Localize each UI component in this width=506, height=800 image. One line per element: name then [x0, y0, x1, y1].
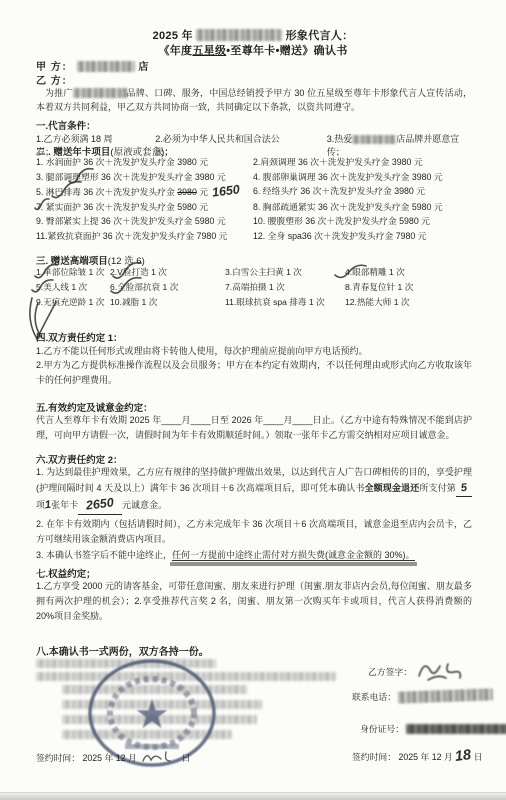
price-unit: 元	[197, 187, 208, 197]
premium-item-5-text: 5.美人线 1 次	[36, 282, 87, 292]
section2-header: 二 . 赠送年卡项目(原液或套盒)；	[36, 144, 174, 158]
premium-item-4-text: 4.眼部精雕 1 次	[345, 267, 405, 277]
phone-row: 联系电话：	[352, 690, 493, 703]
party-b-signature-row: 乙方签字：	[368, 658, 466, 684]
card-item-9: 9. 臀部紧实上提 36 次＋洗发护发头疗金 5980 元	[36, 216, 253, 226]
section7-header: 七.权益约定；	[36, 566, 96, 580]
title2-a: 《年度	[158, 45, 192, 57]
title-suffix: 形象代言人：	[286, 30, 354, 42]
card-item-10: 10. 腰腹塑形 36 次＋洗发护发头疗金 5980 元	[253, 216, 472, 226]
section6-clause3: 3. 本确认书签字后不能中途终止，任何一方提前中途终止需付对方损失费(诚意金金额…	[36, 548, 472, 563]
premium-item-1-text: 1.单部位除皱 1 次	[36, 267, 104, 277]
document-title-line1: 2025 年 形象代言人：	[0, 27, 506, 43]
id-number-row: 身份证号：	[360, 722, 506, 735]
card-item-5: 5. 淋巴排毒 36 次＋洗发护发头疗金 3980 元 1650	[36, 186, 253, 197]
title2-c: •至尊年卡•赠送》确认书	[226, 45, 347, 57]
premium-items: 1.单部位除皱 1 次 2.V脸打造 1 次 3.白雪公主扫黄 1 次 4.眼部…	[36, 267, 472, 307]
section4-clause2: 2.甲方为乙方提供标准操作流程以及会员服务；甲方在本约定有效期内，不以任何理由或…	[36, 358, 472, 388]
section4-header: 四.双方责任约定 1：	[36, 330, 123, 344]
premium-item-4: 4.眼部精雕 1 次	[345, 267, 472, 277]
party-b-signature-label: 乙方签字：	[368, 667, 412, 677]
premium-item-2-text: 2.V脸打造 1 次	[110, 267, 167, 277]
sign-date-right-label: 签约时间：	[352, 752, 396, 762]
card-item-8: 8. 胸部疏通紧实 36 次＋洗发护发头疗金 5980 元	[253, 202, 472, 212]
clause3-prefix: 3. 本确认书签字后不能中途终止，	[36, 550, 172, 560]
section3-header: 三. 赠送高端项目(12 选 6)	[36, 253, 145, 267]
premium-item-9: 9.无痕充逆龄 1 次	[36, 297, 110, 307]
card-item-5-text: 5. 淋巴排毒 36 次＋洗发护发头疗金	[36, 187, 177, 197]
redacted-brand-inline	[73, 88, 127, 98]
section6-clause1: 1. 为达到最佳护理效果，乙方应有规律的坚持做护理做出效果，以达到代言人广告口碑…	[36, 465, 472, 515]
photo-edge	[0, 792, 506, 800]
card-item-1: 1. 水润面护 36 次＋洗发护发头疗金 3980 元	[36, 157, 253, 167]
document-title-line2: 《年度五星级•至尊年卡•赠送》确认书	[0, 42, 506, 58]
section5-header: 五.有效约定及诚意金约定：	[36, 400, 153, 414]
title2-underlined: 五星级	[192, 45, 226, 57]
sign-date-left-value: 2025 年 12 月	[82, 753, 136, 763]
condition-3-prefix: 3.热爱	[327, 134, 353, 144]
premium-item-12: 12.热能大师 1 次	[345, 297, 472, 307]
section7-clause: 1.乙方享受 2000 元的请客基金，可带任意闺蜜、朋友来进行护理（闺蜜.朋友非…	[36, 579, 472, 624]
party-b-line: 乙 方：	[36, 72, 73, 87]
premium-item-2: 2.V脸打造 1 次	[110, 267, 225, 277]
premium-item-10: 10.减脂 1 次	[110, 297, 225, 307]
card-item-2: 2.肩颈调理 36 次＋洗发护发头疗金 3980 元	[253, 157, 472, 167]
contract-document-photo: 2025 年 形象代言人： 《年度五星级•至尊年卡•赠送》确认书 甲 方： 店 …	[0, 0, 506, 800]
card-item-6: 6. 经络头疗 36 次＋洗发护发头疗金 3980 元	[253, 186, 472, 197]
section6-header: 六.双方责任约定 2：	[36, 452, 123, 466]
annual-card-items: 1. 水润面护 36 次＋洗发护发头疗金 3980 元 2.肩颈调理 36 次＋…	[36, 157, 472, 241]
redacted-party-a-name	[77, 61, 135, 72]
stamp-star-icon: ★	[134, 693, 170, 737]
card-item-4: 4. 腹部卵巢调理 36 次＋洗发护发头疗金 3980 元	[253, 172, 472, 182]
clause1-text-b: 所支付第	[419, 483, 456, 493]
title-year: 2025 年	[153, 30, 193, 42]
section6-clause2: 2. 在年卡有效期内（包括请假时间），乙方未完成年卡 36 次项目＋6 次高端项…	[36, 517, 472, 547]
phone-label: 联系电话：	[352, 692, 396, 702]
card-item-11: 11.紧致抗衰面护 36 次＋洗发护发头疗金 7980 元	[36, 231, 253, 241]
sign-date-right-value: 2025 年 12 月	[398, 752, 452, 762]
sign-date-right: 签约时间： 2025 年 12 月 18 日	[352, 748, 483, 764]
clause3-underlined-penalty: 任何一方提前中途终止需付对方损失费(诚意金金额的 30%)。	[172, 550, 415, 561]
premium-item-3: 3.白雪公主扫黄 1 次	[225, 267, 345, 277]
sign-date-left-day: 日	[182, 753, 191, 763]
redacted-store-name	[352, 135, 396, 144]
condition-2: 2.必须为中华人民共和国合法公民；	[155, 132, 293, 158]
struck-price: 3980	[177, 187, 197, 197]
intro-paragraph: 为推广品牌、口碑、服务，中国总经销授予甲方 30 位五星级至尊年卡形象代言人宣传…	[36, 86, 472, 114]
redacted-brand-name	[196, 29, 282, 41]
party-a-tail: 店	[138, 62, 149, 73]
section4-clause1: 1.乙方不能以任何形式或理由将卡转他人使用，每次护理前应提前向甲方电话预约。	[36, 344, 472, 359]
premium-item-11: 11.眼球抗衰 spa 排毒 1 次	[225, 297, 345, 307]
party-a-line: 甲 方： 店	[36, 58, 149, 73]
premium-item-5: 5.美人线 1 次	[36, 282, 110, 292]
clause1-text-d: 张年卡	[51, 500, 78, 510]
clause1-bold-refund: 全额现金退还	[365, 483, 420, 493]
sign-date-left-label: 签约时间：	[36, 753, 80, 763]
handwritten-day-18: 18	[454, 747, 472, 765]
card-item-7-text: 7. 紧实面护 36 次＋洗发护发头疗金 5980 元	[36, 202, 208, 212]
redacted-phone-number	[398, 688, 493, 703]
id-number-label: 身份证号：	[360, 724, 404, 734]
card-item-3: 3. 腿部调理塑形 36 次＋洗发护发头疗金 3980 元	[36, 172, 253, 182]
premium-item-6: 6.全脸部抗衰 1 次	[110, 282, 225, 292]
premium-item-7: 7.高端拍摄 1 次	[225, 282, 345, 292]
handwritten-signature	[414, 658, 466, 684]
card-item-7: 7. 紧实面护 36 次＋洗发护发头疗金 5980 元	[36, 202, 253, 212]
section5-clause: 代言人至尊年卡有效期 2025 年____月____日至 2026 年____月…	[36, 413, 472, 443]
handwritten-new-price: 1650	[211, 184, 240, 197]
handwritten-day-scribble	[139, 749, 179, 765]
card-item-3-text: 3. 腿部调理塑形 36 次＋洗发护发头疗金 3980 元	[36, 172, 226, 182]
premium-item-8: 8.青春复位针 1 次	[345, 282, 472, 292]
premium-item-1: 1.单部位除皱 1 次	[36, 267, 110, 277]
sign-date-left: 签约时间： 2025 年 12 月 日	[36, 749, 190, 765]
card-item-12: 12. 全身 spa36 次＋洗发护发头疗金 7980 元	[253, 231, 472, 241]
redacted-id-number	[406, 724, 506, 734]
handwritten-item-number: 5	[460, 480, 468, 496]
section3-title: 三. 赠送高端项目	[36, 256, 108, 267]
premium-item-6-text: 6.全脸部抗衰 1 次	[110, 282, 178, 292]
section1-header: 一.代言条件：	[36, 118, 96, 132]
section3-paren: (12 选 6)	[108, 256, 145, 267]
condition-3: 3.热爱店品牌并愿意宣传；	[327, 132, 472, 158]
intro-prefix: 为推广	[45, 88, 73, 98]
clause1-text-e: 元诚意金。	[122, 500, 167, 510]
sign-date-right-day: 日	[474, 752, 483, 762]
handwritten-deposit-amount: 2650	[85, 495, 114, 514]
premium-item-9-text: 9.无痕充逆龄 1 次	[36, 297, 104, 307]
